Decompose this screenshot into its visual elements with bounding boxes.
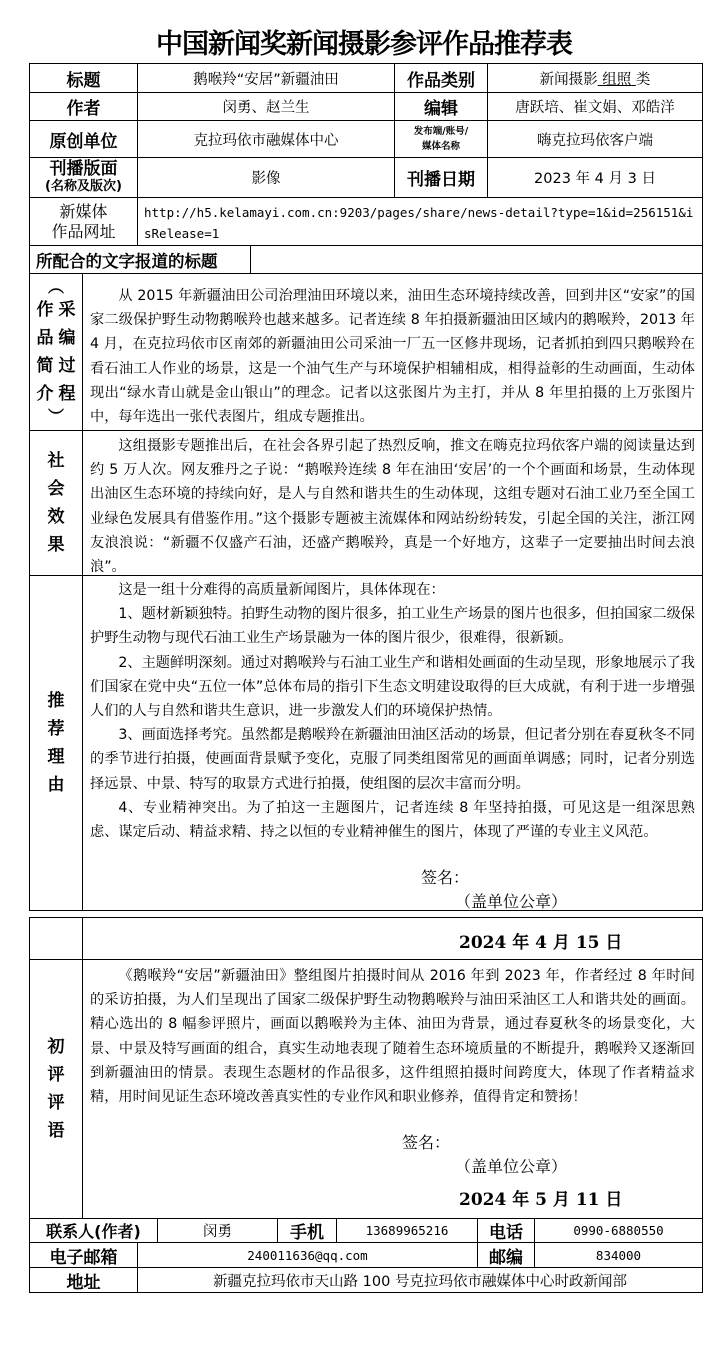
title-label: 标题 <box>29 63 138 93</box>
category-value: 新闻摄影 组照 类 <box>487 63 703 93</box>
social-effect-label: 社 会 效 果 <box>29 430 83 576</box>
platform-label: 发布端/账号/ 媒体名称 <box>394 120 488 158</box>
page-title: 中国新闻奖新闻摄影参评作品推荐表 <box>0 28 728 62</box>
email-value[interactable]: 240011636@qq.com <box>137 1242 478 1268</box>
publish-date-value: 2023 年 4 月 3 日 <box>487 157 703 198</box>
editor-value: 唐跃培、崔文娟、邓皓洋 <box>487 92 703 121</box>
author-label: 作者 <box>29 92 138 121</box>
paren-bottom: ︶ <box>48 408 64 426</box>
editor-label: 编辑 <box>394 92 488 121</box>
related-title-label: 所配合的文字报道的标题 <box>29 245 251 274</box>
category-prefix: 新闻摄影 <box>540 68 598 89</box>
recommendation-signature-label: 签名： <box>421 865 469 888</box>
recommendation-label: 推 荐 理 由 <box>29 575 83 911</box>
url-link[interactable]: http://h5.kelamayi.com.cn:9203/pages/sha… <box>137 197 703 246</box>
review-signature-label: 签名： <box>402 1130 450 1153</box>
intro-label: ︵ 作采 品编 简过 介程 ︶ <box>29 273 83 431</box>
review-seal-label: （盖单位公章） <box>455 1154 567 1177</box>
edition-value: 影像 <box>137 157 395 198</box>
contact-value: 闵勇 <box>157 1218 278 1243</box>
phone-label: 电话 <box>477 1218 535 1243</box>
email-label: 电子邮箱 <box>29 1242 138 1268</box>
phone-value: 0990-6880550 <box>534 1218 703 1243</box>
edition-label: 刊播版面 (名称及版次) <box>29 157 138 198</box>
review-date: 2024 年 5 月 11 日 <box>459 1185 622 1210</box>
unit-value: 克拉玛依市融媒体中心 <box>137 120 395 158</box>
category-underlined: 组照 <box>598 68 636 89</box>
mobile-value: 13689965216 <box>336 1218 478 1243</box>
address-value: 新疆克拉玛依市天山路 100 号克拉玛依市融媒体中心时政新闻部 <box>137 1267 703 1293</box>
url-label: 新媒体 作品网址 <box>29 197 138 246</box>
date-label: 刊播日期 <box>394 157 488 198</box>
recommendation-text: 这是一组十分难得的高质量新闻图片，具体体现在： 1、题材新颖独特。拍野生动物的图… <box>82 575 703 911</box>
intro-text: 从 2015 年新疆油田公司治理油田环境以来，油田生态环境持续改善，回到井区“安… <box>82 273 703 431</box>
mobile-label: 手机 <box>277 1218 337 1243</box>
paren-top: ︵ <box>48 278 64 296</box>
postcode-label: 邮编 <box>477 1242 535 1268</box>
date-row-left-cell <box>29 917 83 960</box>
preliminary-review-text: 《鹅喉羚“安居”新疆油田》整组图片拍摄时间从 2016 年到 2023 年，作者… <box>82 959 703 1219</box>
category-label: 作品类别 <box>394 63 488 93</box>
author-value: 闵勇、赵兰生 <box>137 92 395 121</box>
unit-label: 原创单位 <box>29 120 138 158</box>
recommendation-date: 2024 年 4 月 15 日 <box>459 928 622 953</box>
related-title-value <box>250 245 703 274</box>
title-value: 鹅喉羚“安居”新疆油田 <box>137 63 395 93</box>
category-suffix: 类 <box>636 68 651 89</box>
platform-value: 嗨克拉玛依客户端 <box>487 120 703 158</box>
recommendation-seal-label: （盖单位公章） <box>455 889 567 912</box>
postcode-value: 834000 <box>534 1242 703 1268</box>
contact-label: 联系人(作者) <box>29 1218 158 1243</box>
address-label: 地址 <box>29 1267 138 1293</box>
social-effect-text: 这组摄影专题推出后，在社会各界引起了热烈反响，推文在嗨克拉玛依客户端的阅读量达到… <box>82 430 703 576</box>
preliminary-review-label: 初 评 评 语 <box>29 959 83 1219</box>
